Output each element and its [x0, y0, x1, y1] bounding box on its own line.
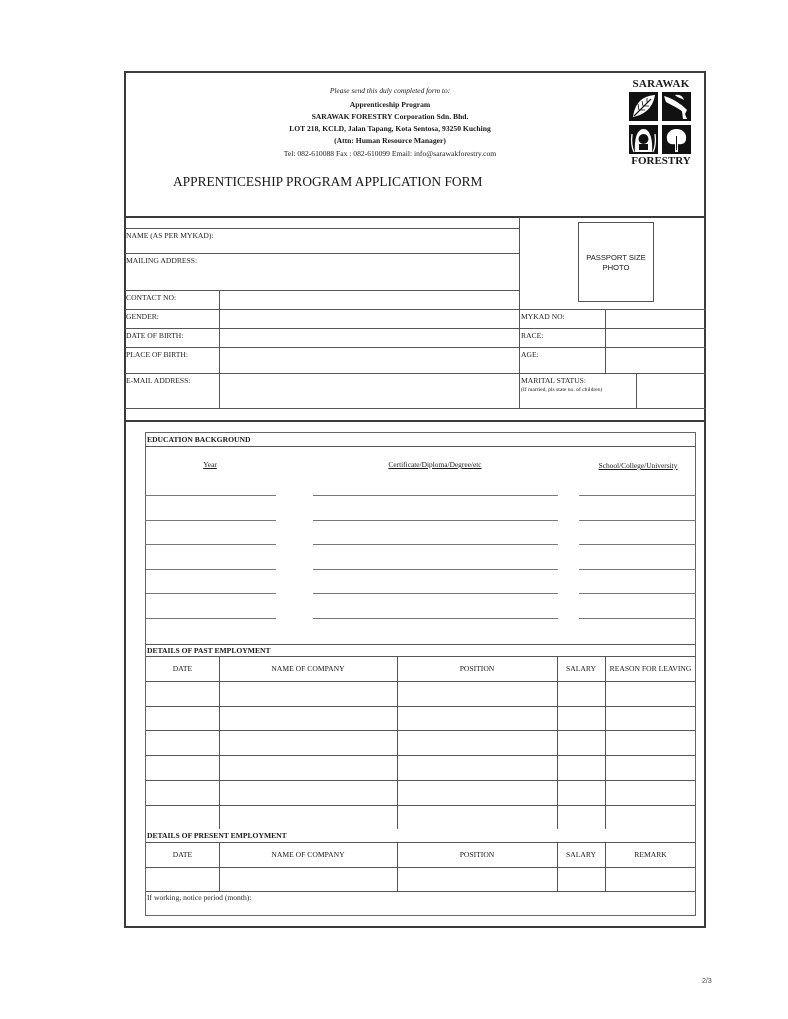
education-underline — [146, 544, 276, 545]
present-employment-cell[interactable] — [398, 868, 556, 890]
past-employment-cell[interactable] — [220, 756, 396, 779]
education-underline — [313, 520, 558, 521]
past-employment-cell[interactable] — [220, 731, 396, 754]
education-row[interactable] — [146, 475, 696, 495]
past-employment-title: DETAILS OF PAST EMPLOYMENT — [147, 646, 271, 655]
row-line — [146, 842, 696, 843]
mailing-address-field[interactable] — [125, 266, 519, 290]
mailing-address-label: MAILING ADDRESS: — [126, 256, 197, 265]
education-row[interactable] — [146, 524, 696, 544]
marital-status-note: (If married, pls state no. of children) — [521, 387, 602, 393]
education-row[interactable] — [146, 598, 696, 618]
education-underline — [313, 569, 558, 570]
tree-icon — [662, 125, 691, 154]
education-underline — [313, 544, 558, 545]
past-employment-col-date: DATE — [146, 664, 219, 673]
logo-emblem — [629, 92, 691, 154]
past-employment-cell[interactable] — [558, 756, 604, 779]
education-row[interactable] — [146, 549, 696, 569]
name-field[interactable] — [125, 240, 519, 253]
past-employment-cell[interactable] — [558, 806, 604, 829]
past-employment-cell[interactable] — [558, 707, 604, 730]
section-divider — [124, 420, 706, 422]
past-employment-cell[interactable] — [147, 806, 218, 829]
race-field[interactable] — [606, 329, 706, 347]
past-employment-cell[interactable] — [147, 731, 218, 754]
past-employment-cell[interactable] — [558, 682, 604, 705]
passport-photo-box[interactable]: PASSPORT SIZE PHOTO — [578, 222, 654, 302]
race-label: RACE: — [521, 331, 543, 340]
past-employment-cell[interactable] — [606, 781, 695, 804]
present-employment-col-position: POSITION — [397, 850, 557, 859]
education-underline — [146, 520, 276, 521]
education-underline — [146, 569, 276, 570]
past-employment-cell[interactable] — [398, 707, 556, 730]
past-employment-cell[interactable] — [220, 781, 396, 804]
row-line — [146, 644, 696, 645]
orangutan-icon — [629, 125, 658, 154]
past-employment-col-reason-for-leaving: REASON FOR LEAVING — [605, 664, 696, 673]
contact-no-label: CONTACT NO: — [126, 293, 176, 302]
col-line — [519, 217, 520, 408]
row-line — [146, 446, 696, 447]
education-title: EDUCATION BACKGROUND — [147, 435, 250, 444]
education-underline — [579, 495, 696, 496]
age-field[interactable] — [606, 348, 706, 373]
education-underline — [579, 618, 696, 619]
education-col-school: School/College/University — [580, 461, 696, 470]
photo-label-line1: PASSPORT SIZE — [579, 253, 653, 262]
past-employment-cell[interactable] — [147, 756, 218, 779]
header-divider — [124, 216, 706, 218]
past-employment-cell[interactable] — [147, 707, 218, 730]
logo-top-text: SARAWAK — [626, 78, 696, 90]
pob-field[interactable] — [220, 348, 519, 373]
education-underline — [146, 495, 276, 496]
past-employment-col-position: POSITION — [397, 664, 557, 673]
sarawak-forestry-logo: SARAWAK FORESTRY — [626, 78, 696, 168]
past-employment-col-name-of-company: NAME OF COMPANY — [219, 664, 397, 673]
present-employment-col-date: DATE — [146, 850, 219, 859]
present-employment-col-salary: SALARY — [557, 850, 605, 859]
form-title: APPRENTICESHIP PROGRAM APPLICATION FORM — [173, 174, 482, 190]
past-employment-cell[interactable] — [398, 731, 556, 754]
row-line — [125, 228, 520, 229]
past-employment-cell[interactable] — [606, 756, 695, 779]
education-row[interactable] — [146, 500, 696, 520]
education-underline — [146, 593, 276, 594]
photo-label-line2: PHOTO — [579, 263, 653, 272]
page-number: 2/3 — [702, 978, 712, 985]
past-employment-cell[interactable] — [147, 682, 218, 705]
education-row[interactable] — [146, 573, 696, 593]
past-employment-cell[interactable] — [398, 682, 556, 705]
education-col-certificate: Certificate/Diploma/Degree/etc — [340, 460, 530, 469]
present-employment-cell[interactable] — [606, 868, 695, 890]
name-label: NAME (AS PER MYKAD): — [126, 231, 214, 240]
present-employment-cell[interactable] — [558, 868, 604, 890]
notice-period-label: If working, notice period (month): — [147, 893, 251, 902]
row-line — [125, 253, 520, 254]
past-employment-cell[interactable] — [606, 707, 695, 730]
education-underline — [313, 618, 558, 619]
dob-field[interactable] — [220, 329, 519, 347]
past-employment-cell[interactable] — [398, 806, 556, 829]
education-underline — [313, 593, 558, 594]
email-field[interactable] — [220, 374, 519, 408]
marital-status-label: MARITAL STATUS: — [521, 376, 586, 385]
email-label: E-MAIL ADDRESS: — [126, 376, 190, 385]
past-employment-cell[interactable] — [398, 756, 556, 779]
past-employment-cell[interactable] — [220, 682, 396, 705]
logo-bottom-text: FORESTRY — [626, 155, 696, 167]
pob-label: PLACE OF BIRTH: — [126, 350, 188, 359]
present-employment-cell[interactable] — [220, 868, 396, 890]
gender-field[interactable] — [220, 310, 519, 328]
education-underline — [579, 569, 696, 570]
past-employment-cell[interactable] — [606, 731, 695, 754]
row-line — [125, 408, 706, 409]
row-line — [146, 656, 696, 657]
gender-label: GENDER: — [126, 312, 159, 321]
past-employment-cell[interactable] — [220, 707, 396, 730]
present-employment-col-name-of-company: NAME OF COMPANY — [219, 850, 397, 859]
past-employment-cell[interactable] — [606, 682, 695, 705]
past-employment-cell[interactable] — [220, 806, 396, 829]
past-employment-col-salary: SALARY — [557, 664, 605, 673]
dob-label: DATE OF BIRTH: — [126, 331, 183, 340]
present-employment-cell[interactable] — [147, 868, 218, 890]
past-employment-cell[interactable] — [147, 781, 218, 804]
mykad-label: MYKAD NO: — [521, 312, 565, 321]
contact-no-field[interactable] — [220, 291, 519, 309]
education-underline — [146, 618, 276, 619]
notice-period-field[interactable] — [290, 892, 695, 915]
past-employment-cell[interactable] — [558, 731, 604, 754]
education-underline — [313, 495, 558, 496]
past-employment-cell[interactable] — [398, 781, 556, 804]
past-employment-cell[interactable] — [606, 806, 695, 829]
past-employment-cell[interactable] — [558, 781, 604, 804]
leaf-icon — [629, 92, 658, 121]
age-label: AGE: — [521, 350, 539, 359]
marital-status-field[interactable] — [637, 374, 706, 408]
education-underline — [579, 544, 696, 545]
present-employment-title: DETAILS OF PRESENT EMPLOYMENT — [147, 831, 287, 840]
mykad-field[interactable] — [606, 310, 706, 328]
hornbill-icon — [662, 92, 691, 121]
education-underline — [579, 593, 696, 594]
education-col-year: Year — [180, 460, 240, 469]
present-employment-col-remark: REMARK — [605, 850, 696, 859]
education-underline — [579, 520, 696, 521]
